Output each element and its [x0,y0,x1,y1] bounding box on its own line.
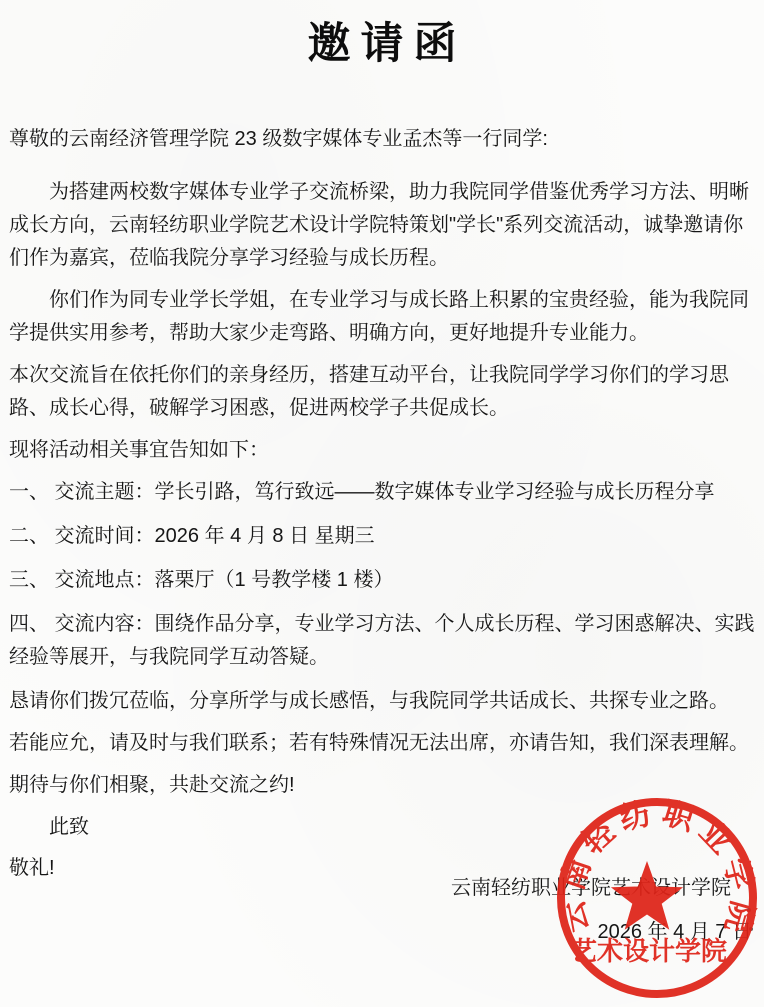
item-location: 三、 交流地点：落栗厅（1 号教学楼 1 楼） [9,564,755,597]
notice-line: 现将活动相关事宜告知如下： [9,434,755,467]
signature-org: 云南轻纺职业学院艺术设计学院 [451,872,731,905]
paragraph-experience: 你们作为同专业学长学姐，在专业学习与成长路上积累的宝贵经验，能为我院同学提供实用… [9,284,755,350]
salutation-line: 尊敬的云南经济管理学院 23 级数字媒体专业孟杰等一行同学: [9,123,755,156]
item-time: 二、 交流时间：2026 年 4 月 8 日 星期三 [9,520,755,553]
item-content: 四、 交流内容：围绕作品分享，专业学习方法、个人成长历程、学习困惑解决、实践经验… [9,608,755,674]
scan-artifact-dot [749,927,753,931]
item-topic: 一、 交流主题：学长引路，笃行致远——数字媒体专业学习经验与成长历程分享 [9,476,755,509]
paragraph-bridge: 为搭建两校数字媒体专业学子交流桥梁，助力我院同学借鉴优秀学习方法、明晰成长方向，… [9,176,755,275]
signature-date: 2026 年 4 月 7 日 [597,916,752,949]
closing-plea: 恳请你们拨冗莅临，分享所学与成长感悟，与我院同学共话成长、共探专业之路。 [9,685,755,718]
cizhi-line: 此致 [9,811,755,844]
closing-expectation: 期待与你们相聚，共赴交流之约! [9,769,755,802]
document-body: 尊敬的云南经济管理学院 23 级数字媒体专业孟杰等一行同学: 为搭建两校数字媒体… [0,71,764,885]
document-title: 邀请函 [0,0,764,71]
closing-rsvp: 若能应允，请及时与我们联系；若有特殊情况无法出席，亦请告知，我们深表理解。 [9,727,755,760]
scan-artifact-dot [747,908,751,912]
paragraph-purpose: 本次交流旨在依托你们的亲身经历，搭建互动平台，让我院同学学习你们的学习思路、成长… [9,359,755,425]
invitation-letter-page: 邀请函 尊敬的云南经济管理学院 23 级数字媒体专业孟杰等一行同学: 为搭建两校… [0,0,764,1007]
